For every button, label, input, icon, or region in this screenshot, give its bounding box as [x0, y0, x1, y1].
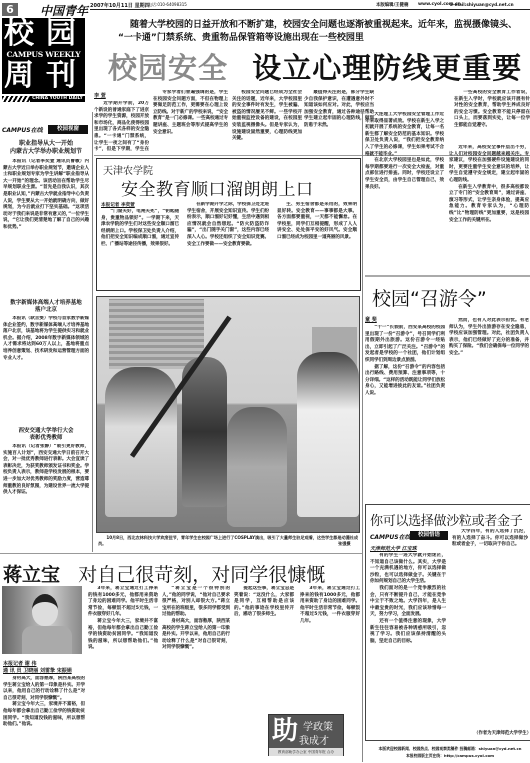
lead-headline: 校园安全 设立心理防线更重要 [108, 46, 522, 87]
lead-headline-gray: 校园安全 [108, 51, 228, 85]
story2-headline: 校园“召游令” [372, 284, 487, 311]
lead-col-3: 校园安全问题已经成为全社会关注的话题，近年来，大学校园里的安全事件时有发生，学生… [232, 90, 302, 151]
profile-byline-1: 本报记者 谢 伟 [3, 660, 36, 667]
dateline: 2007年10月11日 星期四 [90, 2, 150, 9]
advice-box: 你可以选择做沙粒或者金子 CAMPUS在线 校园悟语 天津师范大学 江宝珠 有的… [365, 504, 530, 741]
phone: 电话:010-64098315 [148, 2, 187, 8]
feature-col-1: “门窗关好，电闸关死”，“钥匙随身，贵重物品锁好”。一学期下来，天津农学院的学生… [101, 209, 179, 288]
right-col-1-text: 大连理工大学校园安全管理工作近年来取得显著成效。学校在新生入学之初就开展了系统的… [365, 112, 444, 302]
sidebar-item-1-title: 职业指导从大一开始 内蒙古大学举办职业规划节 [2, 140, 90, 156]
email-link[interactable]: E-mail:shiyuan@cyd.net.cn [450, 2, 514, 7]
lead-col-1: 近学期开学前，20万个新设的普通家庭下了进京求学的学生资源，校园开放和市场化，商… [94, 101, 149, 151]
masthead: 6 中国青年报 校 园 CAMPUS WEEKLY 周 刊 CHINA YOUT… [0, 0, 92, 105]
right-divider [362, 112, 363, 762]
promo-banner[interactable]: 助 学政策 我成才 教育部助学办公室 中国青年报 合办 [268, 714, 344, 756]
lead-col-4: 最值得关注的是，部分学生缺少自我保护意识，在遭遇意外时不知道该如何应对。对此，学… [304, 90, 374, 151]
sidebar-divider [92, 112, 93, 552]
feature-headline: 安全教育顺口溜朗朗上口 [121, 175, 314, 200]
advice-column-logo: CAMPUS在线 [370, 532, 411, 541]
editor-credit: 本版编辑/王健楠 [376, 2, 408, 8]
section-char-3: 周 [4, 60, 34, 92]
photo-caption: 10月8日，西北农林科技大学欢度佳节，青年学生在校园广场上进行了COSPLAY演… [98, 535, 358, 549]
photo-figure-kneel [227, 407, 287, 527]
promo-line-2: 我成才 [299, 732, 329, 747]
profile-col-4: 提起这些事，蒋立宝总是笑着说：“这没什么，大家都是同学，互相帮助是应该的。”他的… [234, 586, 360, 690]
feature-box: 天津农学院 安全教育顺口溜朗朗上口 本报记者 李奕萱 “门窗关好，电闸关死”，“… [96, 158, 361, 291]
subtitle-en: CHINA YOUTH DAILY [30, 96, 85, 102]
promo-glyph: 助 [272, 716, 298, 746]
profile-photo [2, 586, 82, 654]
lead-headline-black: 设立心理防线更重要 [252, 51, 522, 85]
lead-deck-line1: 随着大学校园的日益开放和不断扩建，校园安全问题也逐渐被重视起来。近年来，监视摄像… [130, 17, 517, 30]
section-char-4: 刊 [46, 60, 76, 92]
story2-col-1: “十一”长假前，西安某高校的校园里出现了一份“召游令”，号召同学们利用假期外出旅… [365, 325, 445, 495]
lead-col-5: 一些高校的安全教育工作者说，在新生入学时，学校就应该开展有针对性的安全教育，帮助… [454, 90, 530, 145]
sidebar-item-3-body: 本报讯（记者张静）“吸引更好教师，实施百人计划”，西安交通大学日前召开大会，对一… [3, 444, 89, 542]
page-number-badge: 6 [2, 3, 18, 16]
feature-byline: 本报记者 李奕萱 [101, 202, 135, 208]
profile-col-2: 3年来，蒋立宝通过打工挣来的钱有1000多元，他都用来资助了身边的困难同学。他平… [88, 586, 158, 762]
top-rule [90, 9, 530, 10]
lead-col-2: 专家学者们普遍强调的是，学生在校园安全问题方面，不但在物理上要做足防范工作，更需… [153, 90, 228, 151]
stripes-decoration [2, 96, 30, 102]
advice-byline: 天津师范大学 江宝珠 [370, 545, 417, 552]
advice-footer-note: （作者为天津师范大学学生） [474, 730, 530, 736]
right-col-2-text: 近年来，高校安全事件层出不穷，让人们对校园安全问题越来越关注。专家建议，学校在加… [449, 145, 529, 302]
sidebar-item-2-title: 数字新媒体高端人才培养基地 落户北京 [2, 300, 90, 314]
feature-col-3: 生、男生宿舍都是采用的，效果明显好转。安全教育——事事都是大事。各方面都要重视，… [277, 202, 357, 288]
promo-line-1: 学政策 [303, 718, 333, 733]
advice-column-tag: 校园悟语 [410, 531, 448, 540]
advice-headline: 你可以选择做沙粒或者金子 [370, 510, 522, 529]
sidebar-column-header: CAMPUS在线 校园视窗 [2, 125, 90, 135]
story2-byline: 童 斐 [365, 316, 377, 323]
section-logo: 校 园 CAMPUS WEEKLY 周 刊 [2, 18, 85, 94]
section-char-1: 校 [4, 18, 34, 50]
cosplay-photo [96, 296, 360, 533]
lead-byline: 李 萱 [94, 92, 106, 99]
advice-col-1: 有的学生一进大学就开始迷茫，不知道自己该做什么。其实，大学是一个充满机遇的地方，… [370, 553, 446, 738]
sidebar-column-logo: CAMPUS在线 [2, 125, 43, 134]
feature-col-2: 在新学期开学之际，学校保卫处走进学生宿舍，开展安全知识宣传。学生们纷纷表示，顺口… [187, 202, 269, 288]
photo-figure-right [297, 352, 359, 517]
profile-title: 对自己很苛刻，对同学很慷慨 [78, 564, 325, 586]
lead-deck-line2: “一卡通”门禁系统、贵重物品保管箱等设施出现在一些校园里 [118, 30, 364, 43]
story2-col-2: 然而，也有人对此表示担忧。有老师认为，学生外出旅游存在安全隐患，学校应该加强管理… [449, 318, 529, 495]
profile-col-3: “蒋立宝是一个很特别的人，”他的同学说，“他对自己要求很严格，对别人却很大方。”… [162, 586, 230, 762]
sidebar-column-tag: 校园视窗 [48, 125, 88, 134]
profile-name: 蒋立宝 [3, 564, 60, 586]
photo-building [109, 299, 204, 369]
sidebar-item-2-body: 本报讯（耿言雯）学校与首家数字新媒体企业签约，数字新媒体高端人才培养基地落户北京… [3, 316, 89, 426]
right-section-rule [365, 275, 530, 277]
profile-photo-body [22, 626, 72, 654]
promo-footer: 教育部助学办公室 中国青年报 合办 [269, 748, 343, 756]
section-char-2: 园 [46, 18, 76, 50]
profile-byline-2: 通 讯 员 卫晓丽 刘雷挚 宋振娟 [3, 667, 72, 674]
sidebar-item-3-title: 西安交通大学举行大会 表彰优秀教师 [2, 428, 90, 442]
photo-credit: 张强摄 [338, 541, 351, 547]
footer-line-1: 本版欢迎校园新闻、校园热点、校园观察类稿件 投稿邮箱：shiyuan@cyd.n… [370, 746, 530, 752]
profile-photo-face [32, 594, 58, 626]
sidebar-item-1-body: 本报讯（记者李奕萱 通讯员曹敏）内蒙古大学近日举办职业规划节，邀请企业人士和职业… [3, 159, 89, 291]
profile-col-1: 身材高大，面容憨厚，陕西某高校的学生蒋立宝给人的第一印象是朴实。开学以来，他用自… [3, 676, 85, 762]
profile-top-rule [0, 553, 362, 554]
footer-line-2: 本报校园版主页在线：http://campus.cyol.com [370, 753, 530, 759]
advice-col-2: 大学四年，有的人选择了沉沦，有的人选择了奋斗。你可以选择做沙粒或者金子，一切取决… [452, 529, 528, 719]
profile-headline: 蒋立宝 对自己很苛刻，对同学很慷慨 [3, 560, 325, 587]
